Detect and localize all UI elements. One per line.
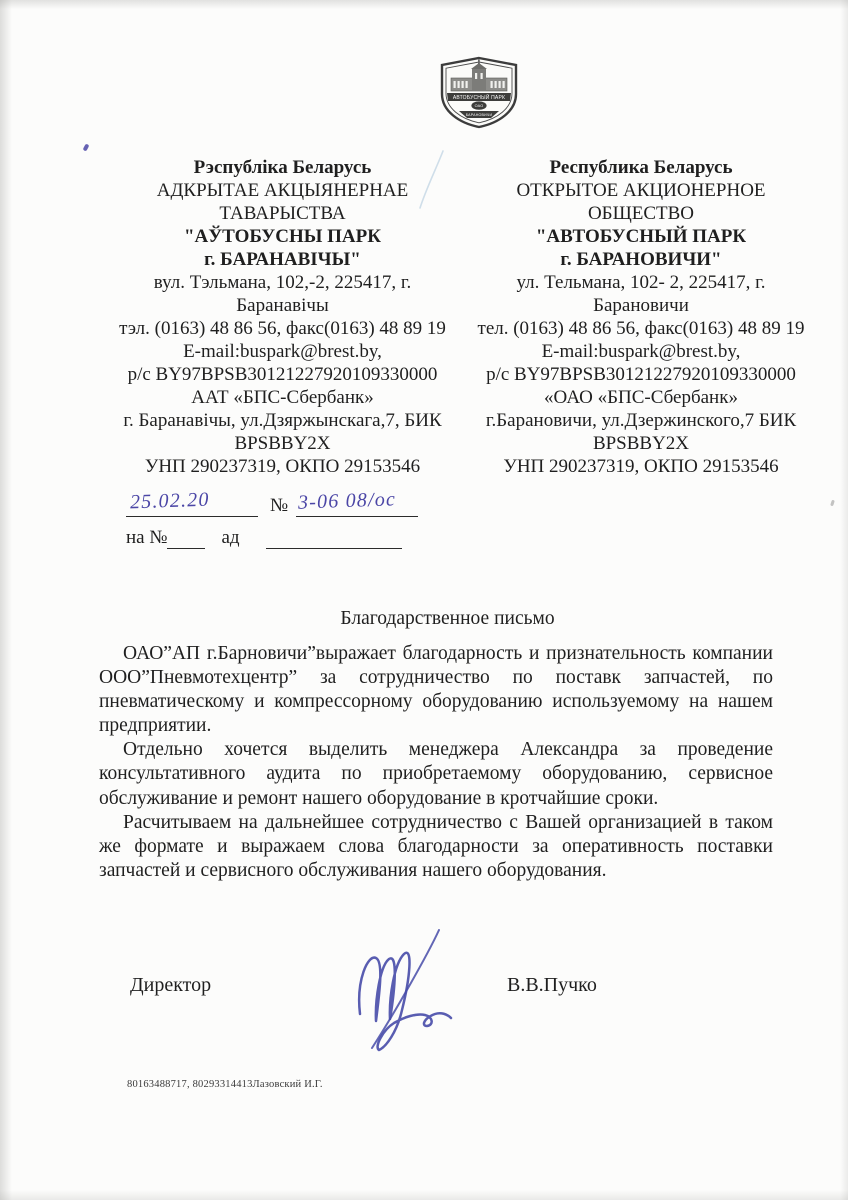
- letterhead-line: г. БАРАНОВИЧИ": [452, 248, 830, 271]
- letterhead-line: "АВТОБУСНЫЙ ПАРК: [452, 225, 830, 248]
- letterhead-line: ТАВАРЫСТВА: [90, 202, 475, 225]
- logo-band1-text: АВТОБУСНЫЙ ПАРК: [453, 93, 505, 101]
- scan-edge-shadow-top: [0, 0, 848, 9]
- handwritten-signature: [346, 926, 472, 1062]
- logo-oval-text: ОАО: [475, 104, 484, 108]
- letterhead-line: E-mail:buspark@brest.by,: [452, 340, 830, 363]
- letterhead-russian-column: Республика Беларусь ОТКРЫТОЕ АКЦИОНЕРНОЕ…: [452, 156, 830, 478]
- shield-crest-icon: АВТОБУСНЫЙ ПАРК ОАО БАРАНОВИЧИ: [436, 55, 522, 131]
- paragraph: Отдельно хочется выделить менеджера Алек…: [99, 738, 773, 810]
- letterhead-line: ОБЩЕСТВО: [452, 202, 830, 225]
- letterhead-line: УНП 290237319, ОКПО 29153546: [452, 455, 830, 478]
- letterhead-line: Республика Беларусь: [452, 156, 830, 179]
- letterhead-line: Барановичи: [452, 294, 830, 317]
- letterhead-line: ул. Тельмана, 102- 2, 225417, г.: [452, 271, 830, 294]
- handwritten-date: 25.02.20: [130, 489, 210, 515]
- letterhead-line: Баранавічы: [90, 294, 475, 317]
- signer-name: В.В.Пучко: [507, 974, 597, 997]
- letterhead-line: ААТ «БПС-Сбербанк»: [90, 386, 475, 409]
- gray-speck-artifact: [830, 500, 835, 507]
- logo-band2-text: БАРАНОВИЧИ: [466, 113, 493, 117]
- number-sign-label: №: [270, 495, 288, 517]
- letterhead-line: г.Барановичи, ул.Дзержинского,7 БИК: [452, 409, 830, 432]
- letterhead-line: р/с BY97BPSB30121227920109330000: [90, 363, 475, 386]
- letterhead-line: тел. (0163) 48 86 56, факс(0163) 48 89 1…: [452, 317, 830, 340]
- letterhead-line: BPSBBY2X: [90, 432, 475, 455]
- letterhead-line: «ОАО «БПС-Сбербанк»: [452, 386, 830, 409]
- letterhead-line: BPSBBY2X: [452, 432, 830, 455]
- signer-role: Директор: [130, 974, 211, 997]
- reference-block: 25.02.20 № 3-06 08/ос на № ад: [126, 486, 418, 549]
- letterhead-line: "АЎТОБУСНЫ ПАРК: [90, 225, 475, 248]
- letterhead-line: Рэспубліка Беларусь: [90, 156, 475, 179]
- letterhead-line: ОТКРЫТОЕ АКЦИОНЕРНОЕ: [452, 179, 830, 202]
- letterhead-line: вул. Тэльмана, 102,-2, 225417, г.: [90, 271, 475, 294]
- scan-edge-shadow-right: [840, 0, 848, 1200]
- reply-na-label: на №: [126, 527, 167, 549]
- company-crest-logo: АВТОБУСНЫЙ ПАРК ОАО БАРАНОВИЧИ: [436, 55, 522, 131]
- letterhead-line: г. БАРАНАВІЧЫ": [90, 248, 475, 271]
- scan-edge-shadow-left: [0, 0, 12, 1200]
- reference-row-reply: на № ад: [126, 522, 418, 549]
- letter-title: Благодарственное письмо: [111, 608, 784, 630]
- letterhead-line: УНП 290237319, ОКПО 29153546: [90, 455, 475, 478]
- letterhead-line: тэл. (0163) 48 86 56, факс(0163) 48 89 1…: [90, 317, 475, 340]
- reply-number-line: [167, 521, 205, 549]
- letterhead-line: г. Баранавічы, ул.Дзяржынскага,7, БИК: [90, 409, 475, 432]
- ink-speck-artifact: [83, 143, 90, 151]
- letterhead-line: р/с BY97BPSB30121227920109330000: [452, 363, 830, 386]
- handwritten-number: 3-06 08/ос: [298, 488, 397, 514]
- reference-row-date-number: 25.02.20 № 3-06 08/ос: [126, 486, 418, 517]
- letterhead-line: E-mail:buspark@brest.by,: [90, 340, 475, 363]
- scanned-letter-page: АВТОБУСНЫЙ ПАРК ОАО БАРАНОВИЧИ Рэспублік…: [0, 0, 848, 1200]
- outgoing-number-line: 3-06 08/ос: [296, 485, 418, 517]
- letterhead-belarusian-column: Рэспубліка Беларусь АДКРЫТАЕ АКЦЫЯНЕРНАЕ…: [90, 156, 475, 478]
- paragraph: Расчитываем на дальнейшее сотрудничество…: [99, 811, 773, 883]
- reply-ad-label: ад: [221, 527, 239, 549]
- paragraph: ОАО”АП г.Барновичи”выражает благодарност…: [99, 642, 773, 738]
- letterhead-line: АДКРЫТАЕ АКЦЫЯНЕРНАЕ: [90, 179, 475, 202]
- reply-date-line: [266, 521, 402, 549]
- letter-body: ОАО”АП г.Барновичи”выражает благодарност…: [99, 642, 773, 883]
- footer-contact-text: 80163488717, 80293314413Лазовский И.Г.: [127, 1079, 323, 1090]
- scan-edge-shadow-bottom: [0, 1190, 848, 1200]
- date-line: 25.02.20: [126, 485, 258, 517]
